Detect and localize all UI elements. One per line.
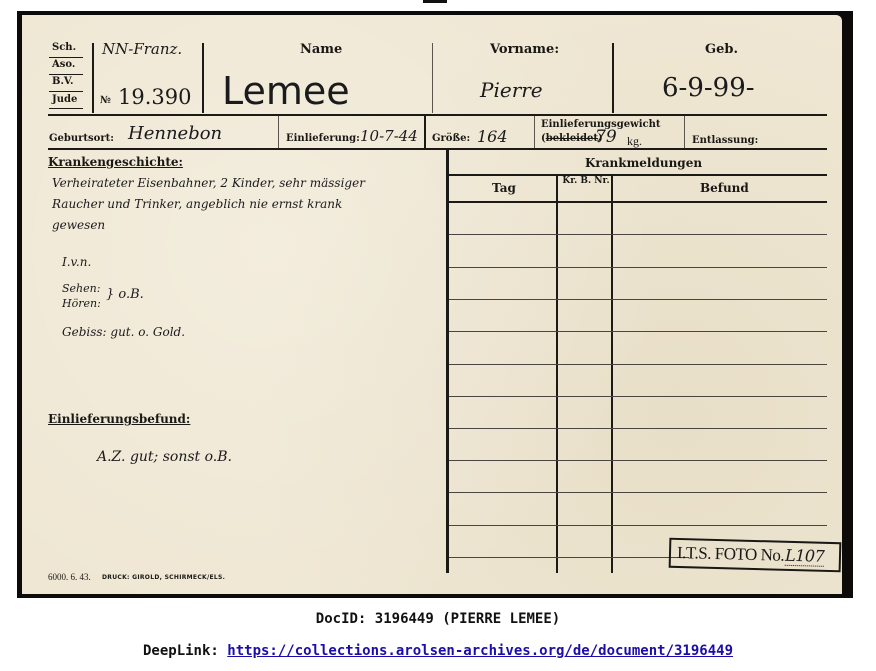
top-edge-mark: [423, 0, 447, 3]
print-footer-number: 6000. 6. 43.: [48, 572, 91, 582]
deeplink-url[interactable]: https://collections.arolsen-archives.org…: [227, 643, 733, 659]
note-gebiss: Gebiss: gut. o. Gold.: [62, 325, 185, 339]
groesse-value: 164: [477, 127, 508, 146]
surname-value: Lemee: [222, 69, 350, 113]
table-row-line: [449, 428, 827, 429]
einlieferung-label: Einlieferung:: [286, 133, 360, 144]
category-aso: Aso.: [52, 59, 75, 70]
entlassung-label: Entlassung:: [692, 135, 758, 146]
category-sch: Sch.: [52, 42, 76, 53]
column-kr-b-nr: Kr. B. Nr.: [562, 176, 610, 187]
geburtsort-value: Hennebon: [128, 123, 222, 144]
name-label: Name: [300, 42, 342, 57]
krankengeschichte-text: Verheirateter Eisenbahner, 2 Kinder, seh…: [52, 173, 432, 236]
table-row-line: [449, 234, 827, 235]
table-row-line: [449, 267, 827, 268]
number-prefix: №: [100, 95, 111, 106]
vorname-value: Pierre: [480, 78, 543, 102]
table-row-line: [449, 299, 827, 300]
table-row-line: [449, 396, 827, 397]
gewicht-label-line2: (bekleidet): [541, 133, 603, 144]
table-row-line: [449, 557, 689, 558]
geburtsort-label: Geburtsort:: [49, 133, 114, 144]
krankengeschichte-label: Krankengeschichte:: [48, 155, 183, 169]
note-hoeren: Hören:: [62, 297, 101, 310]
column-befund: Befund: [700, 181, 749, 195]
category-bv: B.V.: [52, 76, 73, 87]
geb-label: Geb.: [705, 42, 738, 57]
geb-value: 6-9-99-: [662, 73, 755, 103]
table-row-line: [449, 492, 827, 493]
table-row-line: [449, 460, 827, 461]
krankengeschichte-line-1: Verheirateter Eisenbahner, 2 Kinder, seh…: [52, 173, 432, 194]
einlieferung-value: 10-7-44: [360, 127, 418, 145]
table-row-line: [449, 525, 827, 526]
its-foto-stamp: I.T.S. FOTO No. L107: [669, 538, 842, 572]
gewicht-value: 79: [595, 127, 617, 147]
prisoner-medical-card: Sch. Aso. B.V. Jude NN-Franz. № 19.390 N…: [22, 15, 842, 594]
krankengeschichte-line-2: Raucher und Trinker, angeblich nie ernst…: [52, 194, 432, 215]
stamp-label: I.T.S. FOTO No.: [677, 543, 785, 566]
docid-text: DocID: 3196449 (PIERRE LEMEE): [0, 611, 876, 627]
krankengeschichte-line-3: gewesen: [52, 215, 432, 236]
deeplink-label: DeepLink:: [143, 643, 227, 659]
einlieferungsbefund-label: Einlieferungsbefund:: [48, 412, 190, 426]
category-note: NN-Franz.: [102, 40, 182, 58]
stamp-number: L107: [785, 546, 825, 567]
vorname-label: Vorname:: [490, 42, 559, 57]
table-row-line: [449, 364, 827, 365]
krankmeldungen-title: Krankmeldungen: [585, 156, 702, 170]
print-footer-text: DRUCK: GIROLD, SCHIRMECK/ELS.: [102, 574, 225, 581]
category-jude: Jude: [52, 94, 77, 105]
table-row-line: [449, 331, 827, 332]
note-sehen: Sehen:: [62, 282, 100, 295]
deeplink-line: DeepLink: https://collections.arolsen-ar…: [0, 643, 876, 659]
einlieferungsbefund-value: A.Z. gut; sonst o.B.: [97, 449, 232, 465]
gewicht-unit: kg.: [627, 134, 642, 149]
groesse-label: Größe:: [432, 133, 470, 144]
note-ivn: I.v.n.: [62, 255, 91, 269]
prisoner-number: 19.390: [118, 85, 191, 109]
column-tag: Tag: [492, 181, 516, 195]
note-sehen-hoeren-value: } o.B.: [106, 287, 144, 302]
gewicht-struck-text: bekleidet: [546, 133, 598, 144]
